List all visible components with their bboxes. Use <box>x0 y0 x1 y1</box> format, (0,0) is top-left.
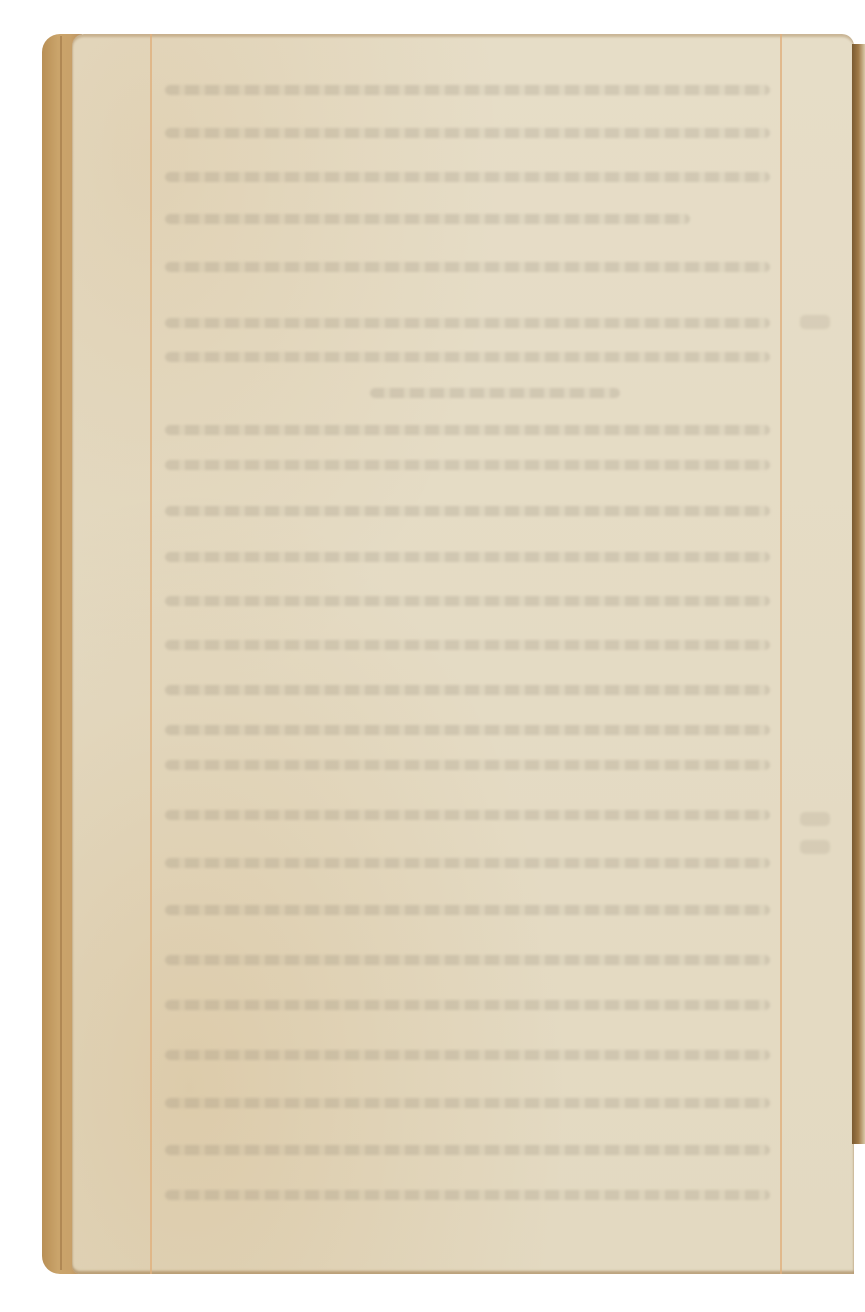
margin-note-bleed <box>800 840 830 854</box>
margin-note-bleed <box>800 315 830 329</box>
margin-note-bleed <box>800 812 830 826</box>
bleed-through-line <box>165 318 770 328</box>
bleed-through-line <box>165 810 770 820</box>
bleed-through-line <box>165 128 770 138</box>
bleed-through-line <box>165 1145 770 1155</box>
bleed-through-line <box>165 1050 770 1060</box>
bleed-through-line <box>165 1190 770 1200</box>
left-margin-rule <box>150 34 152 1274</box>
bleed-through-line <box>165 352 770 362</box>
bleed-through-line <box>165 425 770 435</box>
bleed-through-line <box>165 725 770 735</box>
bleed-through-line <box>165 760 770 770</box>
bleed-through-line <box>165 858 770 868</box>
bleed-through-line <box>165 1000 770 1010</box>
bleed-through-line <box>165 262 770 272</box>
bleed-through-line <box>165 214 690 224</box>
bleed-through-line <box>165 955 770 965</box>
bleed-through-line <box>165 460 770 470</box>
bleed-through-line <box>165 596 770 606</box>
bleed-through-line <box>165 905 770 915</box>
bleed-through-line <box>165 172 770 182</box>
bleed-through-line <box>165 85 770 95</box>
bleed-through-line <box>370 388 620 398</box>
bleed-through-line <box>165 552 770 562</box>
bleed-through-line <box>165 685 770 695</box>
bleed-through-line <box>165 640 770 650</box>
bleed-through-line <box>165 1098 770 1108</box>
right-margin-rule <box>780 34 782 1274</box>
bleed-through-line <box>165 506 770 516</box>
next-page-edge <box>852 44 865 1144</box>
